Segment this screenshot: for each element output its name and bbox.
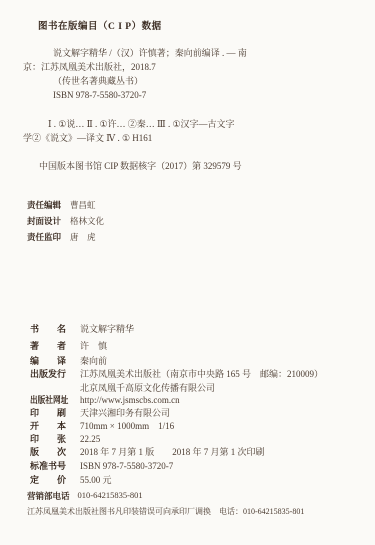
colophon-row: 开 本 710mm × 1000mm 1/16 xyxy=(30,419,174,433)
colophon-label: 出版社网址 xyxy=(30,393,64,406)
colophon-row: 出版发行 江苏凤凰美术出版社（南京市中央路 165 号 邮编：210009） 北… xyxy=(30,367,323,395)
colophon-row: 著 者 许 慎 xyxy=(30,339,107,353)
colophon-row: 印 刷 天津兴湘印务有限公司 xyxy=(30,406,170,420)
colophon-value: 说文解字精华 xyxy=(80,322,134,336)
cip-isbn-line: ISBN 978-7-5580-3720-7 xyxy=(23,88,333,102)
cip-classification: Ⅰ . ①说… Ⅱ . ①许… ②秦… Ⅲ . ①汉字—古文字 学②《说文》—译… xyxy=(23,117,333,145)
colophon-row: 版 次 2018 年 7 月第 1 版 2018 年 7 月第 1 次印刷 xyxy=(30,445,265,459)
cip-description: 说文解字精华 /（汉）许慎著；秦向前编译 . — 南 京：江苏凤凰美术出版社，2… xyxy=(23,46,333,102)
marketing-phone-value: 010-64215835-801 xyxy=(78,490,143,502)
colophon-label: 标准书号 xyxy=(30,459,70,472)
colophon-row: 书 名 说文解字精华 xyxy=(30,322,134,336)
colophon-value: 江苏凤凰美术出版社（南京市中央路 165 号 邮编：210009） xyxy=(80,367,323,381)
credit-value: 唐 虎 xyxy=(70,231,96,243)
credit-row: 责任监印 唐 虎 xyxy=(27,231,104,247)
colophon-value: 55.00 元 xyxy=(80,473,112,487)
colophon-label: 出版发行 xyxy=(30,367,70,380)
colophon-label: 编 译 xyxy=(30,354,70,367)
publisher-url: http://www.jsmscbs.com.cn xyxy=(80,393,180,407)
exchange-note: 江苏凤凰美术出版社图书凡印装错误可向承印厂调换 电话：010-64215835-… xyxy=(27,506,304,517)
colophon-row: 印 张 22.25 xyxy=(30,432,100,446)
colophon-value: 710mm × 1000mm 1/16 xyxy=(80,419,174,433)
cip-description-line: 京：江苏凤凰美术出版社，2018.7 xyxy=(23,60,333,74)
marketing-phone-label: 营销部电话 xyxy=(27,490,70,502)
colophon-label: 定 价 xyxy=(30,473,70,486)
colophon-label: 开 本 xyxy=(30,419,70,432)
colophon-row: 出版社网址 http://www.jsmscbs.com.cn xyxy=(30,393,180,407)
credit-label: 责任编辑 xyxy=(27,199,63,211)
colophon-label: 版 次 xyxy=(30,445,70,458)
colophon-label: 著 者 xyxy=(30,339,70,352)
classification-line: 学②《说文》—译文 Ⅳ . ① H161 xyxy=(23,131,333,145)
classification-line: Ⅰ . ①说… Ⅱ . ①许… ②秦… Ⅲ . ①汉字—古文字 xyxy=(23,117,333,131)
colophon-row: 定 价 55.00 元 xyxy=(30,473,112,487)
colophon-row: 标准书号 ISBN 978-7-5580-3720-7 xyxy=(30,459,173,473)
colophon-row: 编 译 秦向前 xyxy=(30,354,107,368)
cip-description-line: 说文解字精华 /（汉）许慎著；秦向前编译 . — 南 xyxy=(23,46,333,60)
copyright-page: { "document": { "cip_header": "图书在版编目（C … xyxy=(0,0,375,545)
cip-record-number: 中国版本图书馆 CIP 数据核字（2017）第 329579 号 xyxy=(39,159,242,172)
cip-series-line: （传世名著典藏丛书） xyxy=(23,74,333,88)
colophon-label: 印 张 xyxy=(30,432,70,445)
credit-label: 封面设计 xyxy=(27,215,63,227)
colophon-label: 书 名 xyxy=(30,322,70,335)
credit-label: 责任监印 xyxy=(27,231,63,243)
colophon-value: 秦向前 xyxy=(80,354,107,368)
credit-row: 封面设计 格林文化 xyxy=(27,215,104,231)
colophon-value: 2018 年 7 月第 1 版 2018 年 7 月第 1 次印刷 xyxy=(80,445,265,459)
credits-block: 责任编辑 曹昌虹 封面设计 格林文化 责任监印 唐 虎 xyxy=(27,199,104,247)
colophon-value: 22.25 xyxy=(80,432,100,446)
cip-header: 图书在版编目（C I P）数据 xyxy=(38,18,162,32)
credit-row: 责任编辑 曹昌虹 xyxy=(27,199,104,215)
colophon-value: 许 慎 xyxy=(80,339,107,353)
colophon-value: ISBN 978-7-5580-3720-7 xyxy=(80,459,173,473)
credit-value: 格林文化 xyxy=(70,215,104,227)
credit-value: 曹昌虹 xyxy=(70,199,96,211)
colophon-label: 印 刷 xyxy=(30,406,70,419)
marketing-phone-row: 营销部电话 010-64215835-801 xyxy=(27,490,143,502)
colophon-value: 天津兴湘印务有限公司 xyxy=(80,406,170,420)
